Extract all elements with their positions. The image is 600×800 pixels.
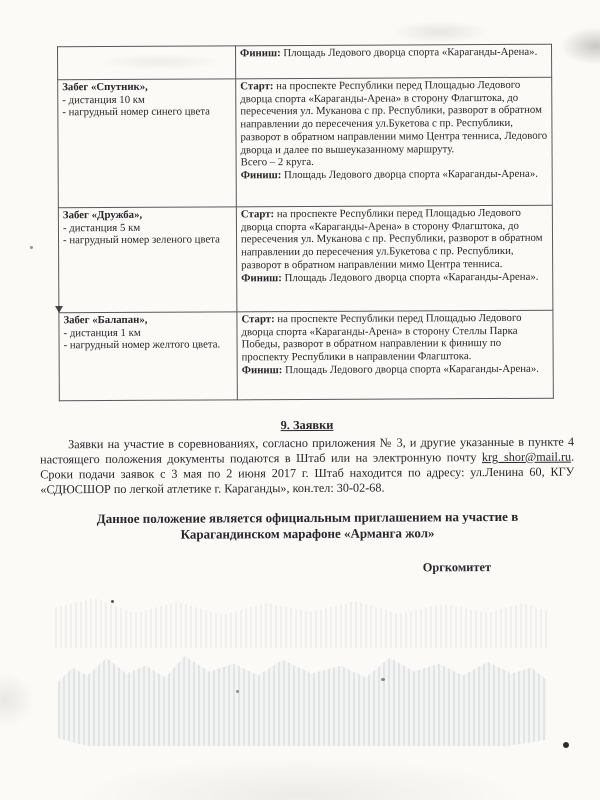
- table-row-balapan: Забег «Балапан», - дистанция 1 км - нагр…: [59, 310, 553, 401]
- race-detail: - дистанция 1 км: [63, 326, 232, 340]
- race-route-cell: Старт: на проспекте Республики перед Пло…: [236, 77, 553, 207]
- race-detail: - нагрудный номер желтого цвета.: [64, 339, 233, 353]
- empty-cell: [58, 46, 236, 80]
- scanned-document-page: Финиш: Площадь Ледового дворца спорта «К…: [0, 0, 600, 800]
- start-label: Старт:: [241, 208, 274, 220]
- finish-paragraph: Финиш: Площадь Ледового дворца спорта «К…: [240, 46, 547, 60]
- scan-speck: [30, 246, 33, 249]
- ink-blot-artifact: [55, 306, 63, 313]
- invitation-statement: Данное положение является официальным пр…: [40, 508, 574, 544]
- race-name-cell: Забег «Дружба», - дистанция 5 км - нагру…: [58, 207, 237, 313]
- finish-paragraph: Финиш: Площадь Ледового дворца спорта «К…: [242, 363, 549, 377]
- scan-bleedthrough-noise-upper: [55, 598, 547, 648]
- section-heading: 9. Заявки: [40, 417, 574, 435]
- table-row-druzhba: Забег «Дружба», - дистанция 5 км - нагру…: [58, 205, 553, 313]
- start-text: на проспекте Республики перед Площадью Л…: [241, 312, 521, 364]
- race-detail: - дистанция 5 км: [63, 221, 232, 235]
- start-label: Старт:: [240, 80, 273, 92]
- race-name: Забег «Балапан»,: [63, 313, 232, 327]
- race-stages-table: Финиш: Площадь Ледового дворца спорта «К…: [57, 44, 554, 402]
- finish-paragraph: Финиш: Площадь Ледового дворца спорта «К…: [241, 270, 548, 284]
- finish-cell: Финиш: Площадь Ледового дворца спорта «К…: [236, 44, 552, 79]
- start-paragraph: Старт: на проспекте Республики перед Пло…: [240, 79, 547, 157]
- race-name: Забег «Спутник»,: [62, 80, 231, 94]
- finish-text: Площадь Ледового дворца спорта «Караганд…: [284, 168, 538, 181]
- race-route-cell: Старт: на проспекте Республики перед Пло…: [236, 205, 553, 312]
- start-text: на проспекте Республики перед Площадью Л…: [241, 207, 543, 271]
- race-detail: - дистанция 10 км: [62, 93, 231, 107]
- race-route-cell: Старт: на проспекте Республики перед Пло…: [237, 310, 553, 400]
- finish-label: Финиш:: [241, 272, 282, 284]
- email-link[interactable]: krg_shor@mail.ru: [482, 449, 571, 463]
- finish-label: Финиш:: [240, 47, 281, 59]
- race-name-cell: Забег «Спутник», - дистанция 10 км - наг…: [58, 79, 237, 208]
- scan-speck: [381, 678, 385, 681]
- finish-text: Площадь Ледового дворца спорта «Караганд…: [285, 270, 539, 283]
- finish-text: Площадь Ледового дворца спорта «Караганд…: [283, 46, 537, 59]
- start-label: Старт:: [241, 313, 274, 325]
- organizing-committee-signature: Оргкомитет: [423, 559, 575, 575]
- start-paragraph: Старт: на проспекте Республики перед Пло…: [241, 207, 548, 272]
- table-row-sputnik: Забег «Спутник», - дистанция 10 км - наг…: [58, 77, 553, 208]
- race-detail: - нагрудный номер синего цвета: [62, 106, 231, 120]
- start-text: на проспекте Республики перед Площадью Л…: [240, 79, 547, 156]
- scan-speck: [236, 690, 239, 693]
- start-paragraph: Старт: на проспекте Республики перед Пло…: [241, 312, 548, 365]
- finish-paragraph: Финиш: Площадь Ледового дворца спорта «К…: [241, 168, 548, 182]
- finish-text: Площадь Ледового дворца спорта «Караганд…: [285, 363, 539, 376]
- table-row-finish-continuation: Финиш: Площадь Ледового дворца спорта «К…: [58, 44, 552, 80]
- race-name: Забег «Дружба»,: [63, 208, 232, 222]
- scan-speck: [563, 742, 569, 748]
- race-name-cell: Забег «Балапан», - дистанция 1 км - нагр…: [59, 312, 237, 401]
- finish-label: Финиш:: [241, 169, 282, 181]
- document-content: Финиш: Площадь Ледового дворца спорта «К…: [38, 44, 575, 578]
- finish-label: Финиш:: [242, 364, 283, 376]
- scan-bleedthrough-noise-lower: [58, 648, 546, 746]
- applications-paragraph: Заявки на участие в соревнованиях, согла…: [40, 435, 574, 497]
- scan-speck: [111, 600, 114, 603]
- race-detail: - нагрудный номер зеленого цвета: [63, 234, 232, 248]
